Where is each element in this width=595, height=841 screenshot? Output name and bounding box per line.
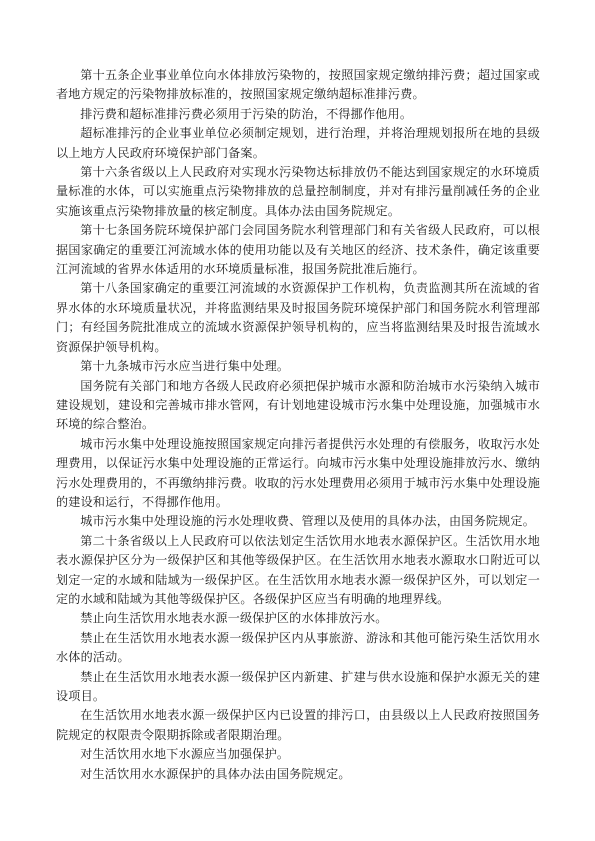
paragraph-prohibit-discharge: 禁止向生活饮用水地表水源一级保护区的水体排放污水。 [56,609,540,628]
paragraph-sewage-regulation: 城市污水集中处理设施的污水处理收费、管理以及使用的具体办法，由国务院规定。 [56,512,540,531]
paragraph-prohibit-construction: 禁止在生活饮用水地表水源一级保护区内新建、扩建与供水设施和保护水源无关的建设项目… [56,668,540,707]
paragraph-article-17: 第十七条国务院环境保护部门会同国务院水利管理部门和有关省级人民政府，可以根据国家… [56,221,540,279]
paragraph-sewage-fees: 城市污水集中处理设施按照国家规定向排污者提供污水处理的有偿服务，收取污水处理费用… [56,435,540,513]
paragraph-article-20: 第二十条省级以上人民政府可以依法划定生活饮用水地表水源保护区。生活饮用水地表水源… [56,532,540,610]
paragraph-groundwater: 对生活饮用水地下水源应当加强保护。 [56,745,540,764]
document-page: 第十五条企业事业单位向水体排放污染物的，按照国家规定缴纳排污费；超过国家或者地方… [56,66,540,784]
paragraph-article-19: 第十九条城市污水应当进行集中处理。 [56,357,540,376]
paragraph-article-16: 第十六条省级以上人民政府对实现水污染物达标排放仍不能达到国家规定的水环境质量标准… [56,163,540,221]
paragraph-protection-measures: 对生活饮用水水源保护的具体办法由国务院规定。 [56,765,540,784]
paragraph-article-15: 第十五条企业事业单位向水体排放污染物的，按照国家规定缴纳排污费；超过国家或者地方… [56,66,540,105]
paragraph-excess-discharge-plan: 超标准排污的企业事业单位必须制定规划，进行治理，并将治理规划报所在地的县级以上地… [56,124,540,163]
paragraph-fee-usage: 排污费和超标准排污费必须用于污染的防治，不得挪作他用。 [56,105,540,124]
paragraph-urban-planning: 国务院有关部门和地方各级人民政府必须把保护城市水源和防治城市水污染纳入城市建设规… [56,377,540,435]
paragraph-existing-outlets: 在生活饮用水地表水源一级保护区内已设置的排污口，由县级以上人民政府按照国务院规定… [56,706,540,745]
paragraph-prohibit-activities: 禁止在生活饮用水地表水源一级保护区内从事旅游、游泳和其他可能污染生活饮用水水体的… [56,629,540,668]
paragraph-article-18: 第十八条国家确定的重要江河流域的水资源保护工作机构，负责监测其所在流域的省界水体… [56,279,540,357]
